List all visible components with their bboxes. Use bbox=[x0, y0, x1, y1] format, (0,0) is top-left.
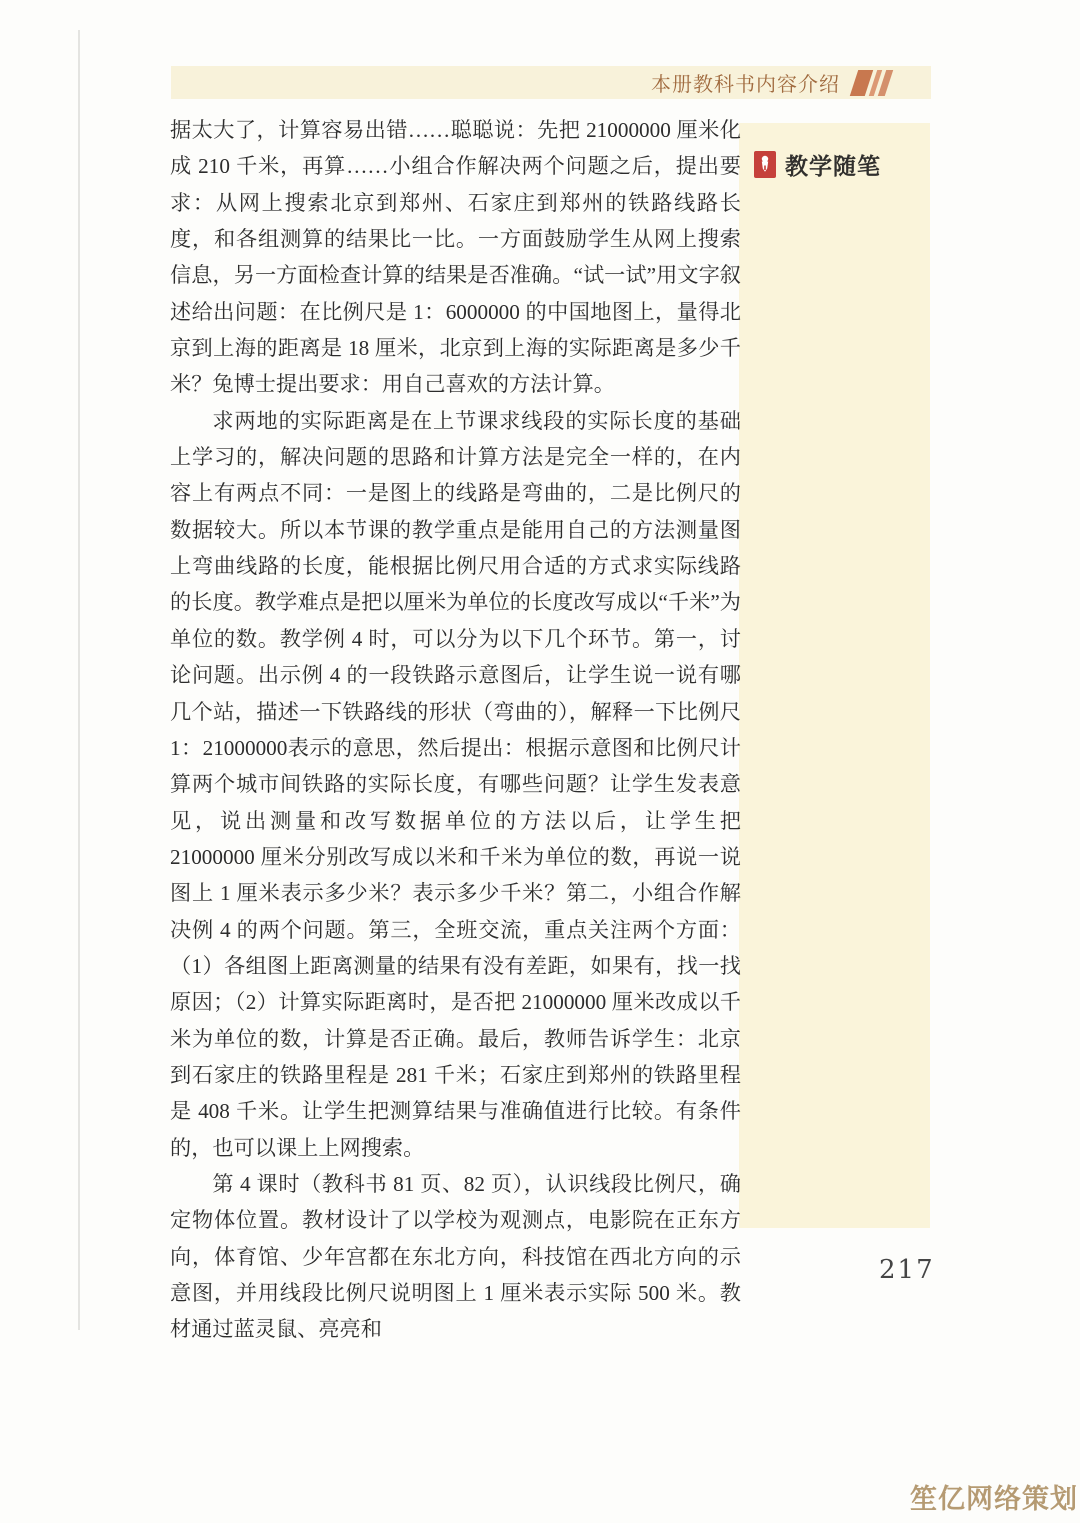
page-scan-edge bbox=[78, 30, 80, 1330]
page-header: 本册教科书内容介绍 bbox=[171, 66, 931, 99]
paragraph: 据太大了，计算容易出错……聪聪说：先把 21000000 厘米化成 210 千米… bbox=[170, 112, 741, 403]
paragraph: 第 4 课时（教科书 81 页、82 页），认识线段比例尺，确定物体位置。教材设… bbox=[170, 1166, 741, 1348]
pen-icon bbox=[754, 151, 776, 178]
notes-sidebar: 教学随笔 bbox=[739, 123, 930, 1228]
page-number: 217 bbox=[879, 1255, 935, 1285]
header-title: 本册教科书内容介绍 bbox=[651, 68, 840, 97]
header-slash-marks bbox=[850, 70, 889, 96]
sidebar-label: 教学随笔 bbox=[785, 148, 881, 181]
paragraph: 求两地的实际距离是在上节课求线段的实际长度的基础上学习的，解决问题的思路和计算方… bbox=[170, 403, 741, 1166]
watermark: 笙亿网络策划 bbox=[910, 1477, 1078, 1516]
notes-sidebar-header: 教学随笔 bbox=[754, 148, 881, 181]
body-text: 据太大了，计算容易出错……聪聪说：先把 21000000 厘米化成 210 千米… bbox=[170, 112, 741, 1348]
